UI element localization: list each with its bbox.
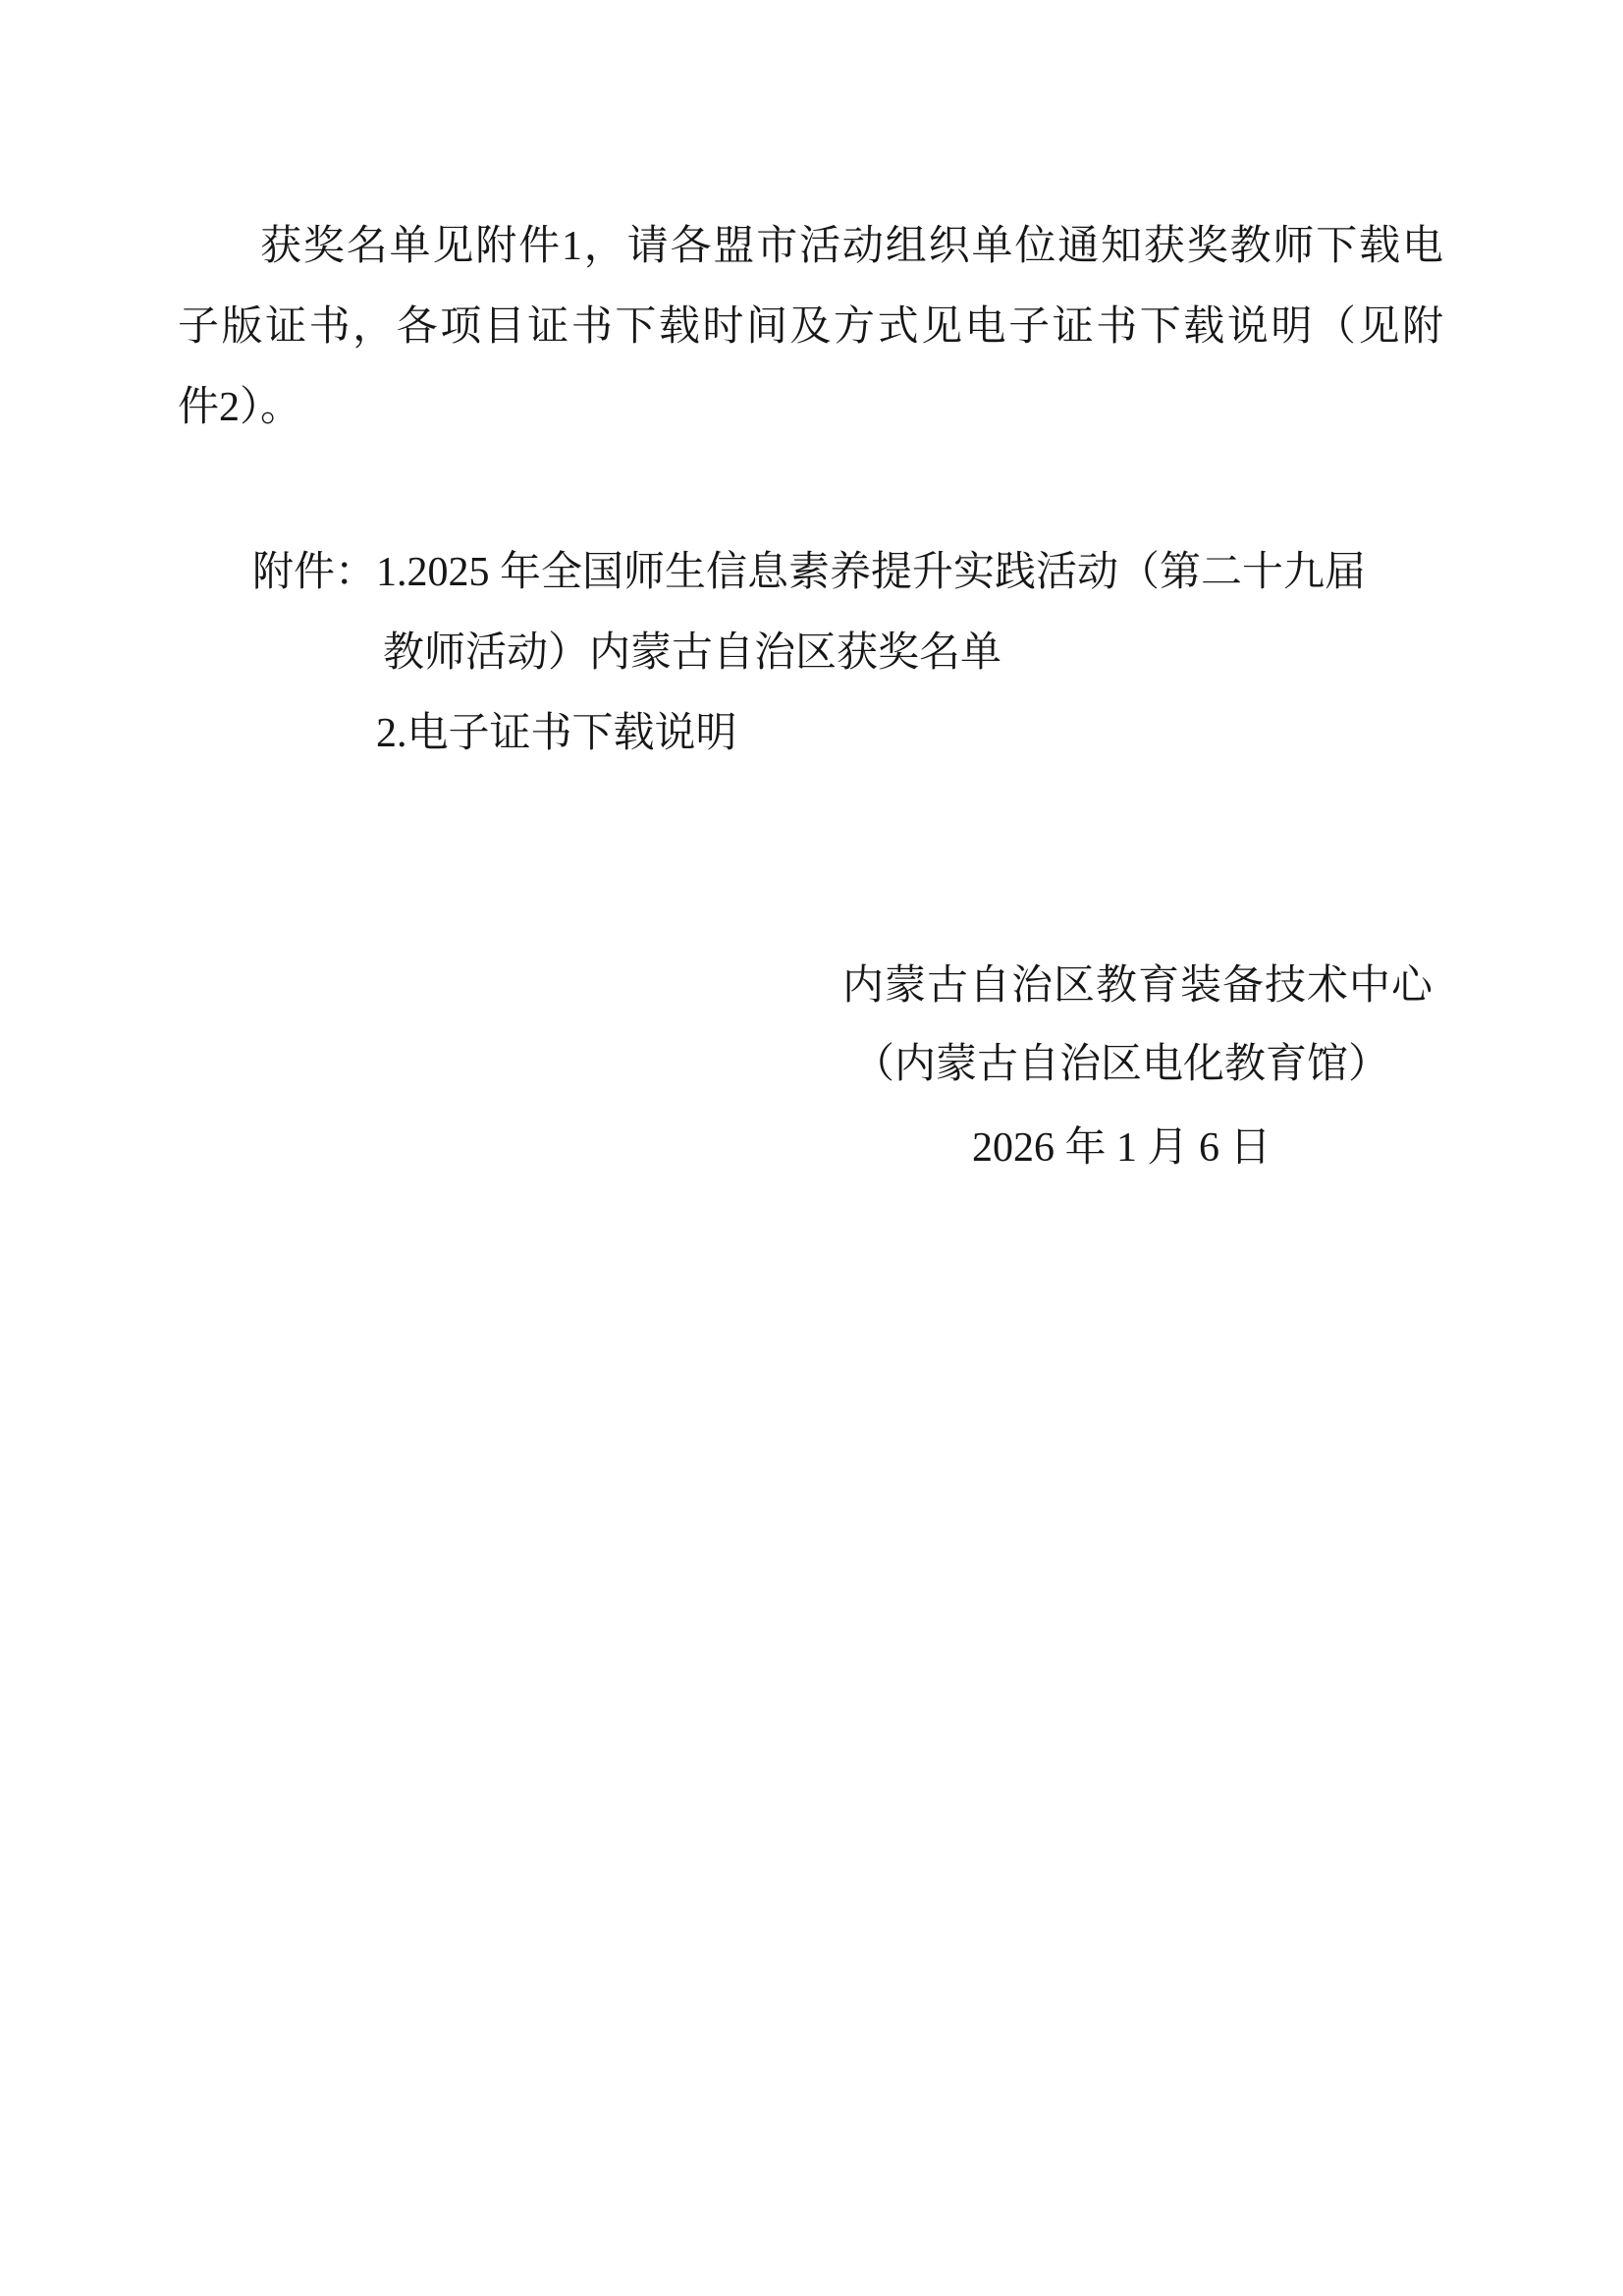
attachment-item-1: 附件：1.2025 年全国师生信息素养提升实践活动（第二十九届 xyxy=(252,532,1366,613)
attachment-item-1-continuation: 教师活动）内蒙古自治区获奖名单 xyxy=(383,613,1366,693)
signature-date: 2026 年 1 月 6 日 xyxy=(972,1108,1271,1188)
document-page: 获奖名单见附件1，请各盟市活动组织单位通知获奖教师下载电 子版证书，各项目证书下… xyxy=(0,0,1623,2296)
paragraph-line-1: 获奖名单见附件1，请各盟市活动组织单位通知获奖教师下载电 xyxy=(178,206,1443,287)
paragraph-line-3: 件2）。 xyxy=(178,367,1443,448)
attachment-item-2: 2.电子证书下载说明 xyxy=(376,693,1366,774)
signature-organization: 内蒙古自治区教育装备技术中心 xyxy=(842,946,1434,1026)
paragraph-line-2: 子版证书，各项目证书下载时间及方式见电子证书下载说明（见附 xyxy=(178,287,1443,367)
signature-organization-alt: （内蒙古自治区电化教育馆） xyxy=(853,1024,1389,1105)
attachment-list: 附件：1.2025 年全国师生信息素养提升实践活动（第二十九届 教师活动）内蒙古… xyxy=(252,532,1366,774)
body-paragraph: 获奖名单见附件1，请各盟市活动组织单位通知获奖教师下载电 子版证书，各项目证书下… xyxy=(178,206,1443,448)
